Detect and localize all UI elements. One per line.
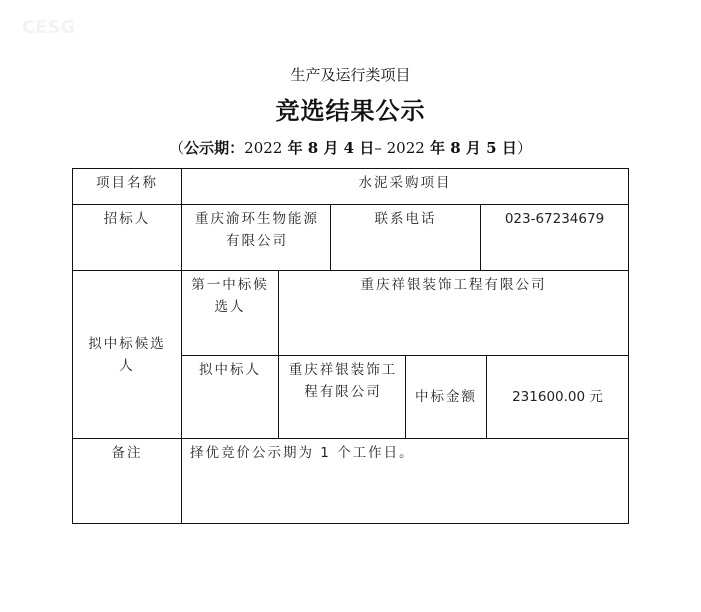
period-end-year: 2022 xyxy=(387,139,425,157)
winner-value: 重庆祥银装饰工程有限公司 xyxy=(278,355,406,439)
amount-value: 231600.00 元 xyxy=(486,355,629,439)
project-name-text: 水泥采购项目 xyxy=(359,175,452,191)
document-subtitle: 生产及运行类项目 xyxy=(0,64,701,85)
amount-label-text: 中标金额 xyxy=(415,386,477,408)
remarks-value: 择优竞价公示期为 1 个工作日。 xyxy=(181,438,629,524)
project-name-value: 水泥采购项目 xyxy=(181,168,629,205)
contact-value: 023-67234679 xyxy=(480,204,629,271)
project-name-label: 项目名称 xyxy=(72,168,182,205)
first-candidate-label: 第一中标候选人 xyxy=(181,270,279,356)
publicity-period: （公示期：2022 年 8 月 4 日– 2022 年 8 月 5 日） xyxy=(0,137,701,158)
period-start-date: 年 8 月 4 日 xyxy=(282,139,374,157)
period-label: 公示期： xyxy=(184,139,244,157)
tenderer-label: 招标人 xyxy=(72,204,182,271)
period-start-year: 2022 xyxy=(244,139,282,157)
candidates-label-text: 拟中标候选人 xyxy=(85,333,169,377)
first-candidate-value: 重庆祥银装饰工程有限公司 xyxy=(278,270,629,356)
period-close-paren: ） xyxy=(517,139,532,157)
watermark-logo: CESG xyxy=(22,17,75,38)
amount-label: 中标金额 xyxy=(405,355,487,439)
result-table: 项目名称 水泥采购项目 招标人 重庆渝环生物能源有限公司 联系电话 023-67… xyxy=(72,168,629,524)
winner-label: 拟中标人 xyxy=(181,355,279,439)
amount-value-text: 231600.00 元 xyxy=(512,386,603,408)
document-title: 竞选结果公示 xyxy=(0,91,701,126)
period-separator: – xyxy=(374,139,386,157)
period-end-date: 年 8 月 5 日 xyxy=(425,139,517,157)
tenderer-value: 重庆渝环生物能源有限公司 xyxy=(181,204,331,271)
period-open-paren: （ xyxy=(169,139,184,157)
remarks-label: 备注 xyxy=(72,438,182,524)
candidates-label: 拟中标候选人 xyxy=(72,270,182,439)
contact-label: 联系电话 xyxy=(330,204,481,271)
